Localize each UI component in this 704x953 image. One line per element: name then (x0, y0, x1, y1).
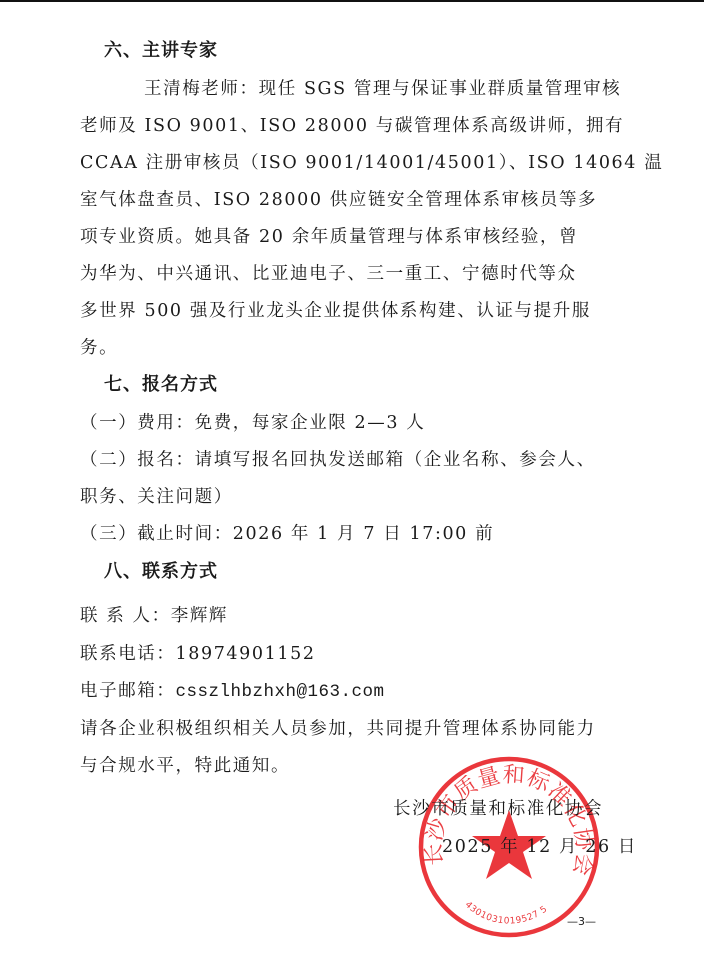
section-heading-registration: 七、报名方式 (104, 376, 218, 394)
document-page: 六、主讲专家 王清梅老师：现任 SGS 管理与保证事业群质量管理审核 老师及 I… (0, 0, 704, 953)
section-heading-contact: 八、联系方式 (104, 563, 218, 581)
paragraph-line: 王清梅老师：现任 SGS 管理与保证事业群质量管理审核 (144, 81, 621, 99)
contact-person-row: 联 系 人：李辉辉 (80, 608, 228, 626)
svg-text:4301031019527 5: 4301031019527 5 (463, 900, 550, 927)
contact-phone-label: 联系电话： (80, 644, 176, 664)
paragraph-line: 为华为、中兴通讯、比亚迪电子、三一重工、宁德时代等众 (80, 266, 577, 284)
page-number: —3— (567, 915, 596, 928)
contact-phone-value: 18974901152 (176, 644, 316, 664)
paragraph-line: 老师及 ISO 9001、ISO 28000 与碳管理体系高级讲师，拥有 (80, 118, 624, 136)
registration-fee-item: （一）费用：免费，每家企业限 2—3 人 (80, 415, 425, 433)
contact-person-label: 联 系 人： (80, 606, 171, 626)
paragraph-line: 多世界 500 强及行业龙头企业提供体系构建、认证与提升服 (80, 303, 591, 321)
contact-email-label: 电子邮箱： (80, 681, 176, 701)
contact-phone-row: 联系电话：18974901152 (80, 646, 316, 664)
paragraph-line: 室气体盘查员、ISO 28000 供应链安全管理体系审核员等多 (80, 192, 597, 210)
paragraph-line: 项专业资质。她具备 20 余年质量管理与体系审核经验，曾 (80, 229, 578, 247)
contact-email-value: csszlhbzhxh@163.com (176, 682, 385, 702)
contact-person-value: 李辉辉 (171, 606, 228, 626)
paragraph-line: 务。 (80, 340, 118, 358)
paragraph-line: CCAA 注册审核员（ISO 9001/14001/45001）、ISO 140… (80, 155, 663, 173)
registration-method-item-cont: 职务、关注问题） (80, 489, 233, 507)
closing-line: 请各企业积极组织相关人员参加，共同提升管理体系协同能力 (80, 721, 596, 739)
registration-deadline-item: （三）截止时间：2026 年 1 月 7 日 17:00 前 (80, 526, 494, 544)
signing-organization: 长沙市质量和标准化协会 (393, 801, 603, 819)
closing-line: 与合规水平，特此通知。 (80, 758, 290, 776)
registration-method-item: （二）报名：请填写报名回执发送邮箱（企业名称、参会人、 (80, 452, 596, 470)
section-heading-experts: 六、主讲专家 (104, 42, 218, 60)
signing-date: 2025 年 12 月 26 日 (442, 839, 637, 857)
contact-email-row: 电子邮箱：csszlhbzhxh@163.com (80, 683, 385, 702)
